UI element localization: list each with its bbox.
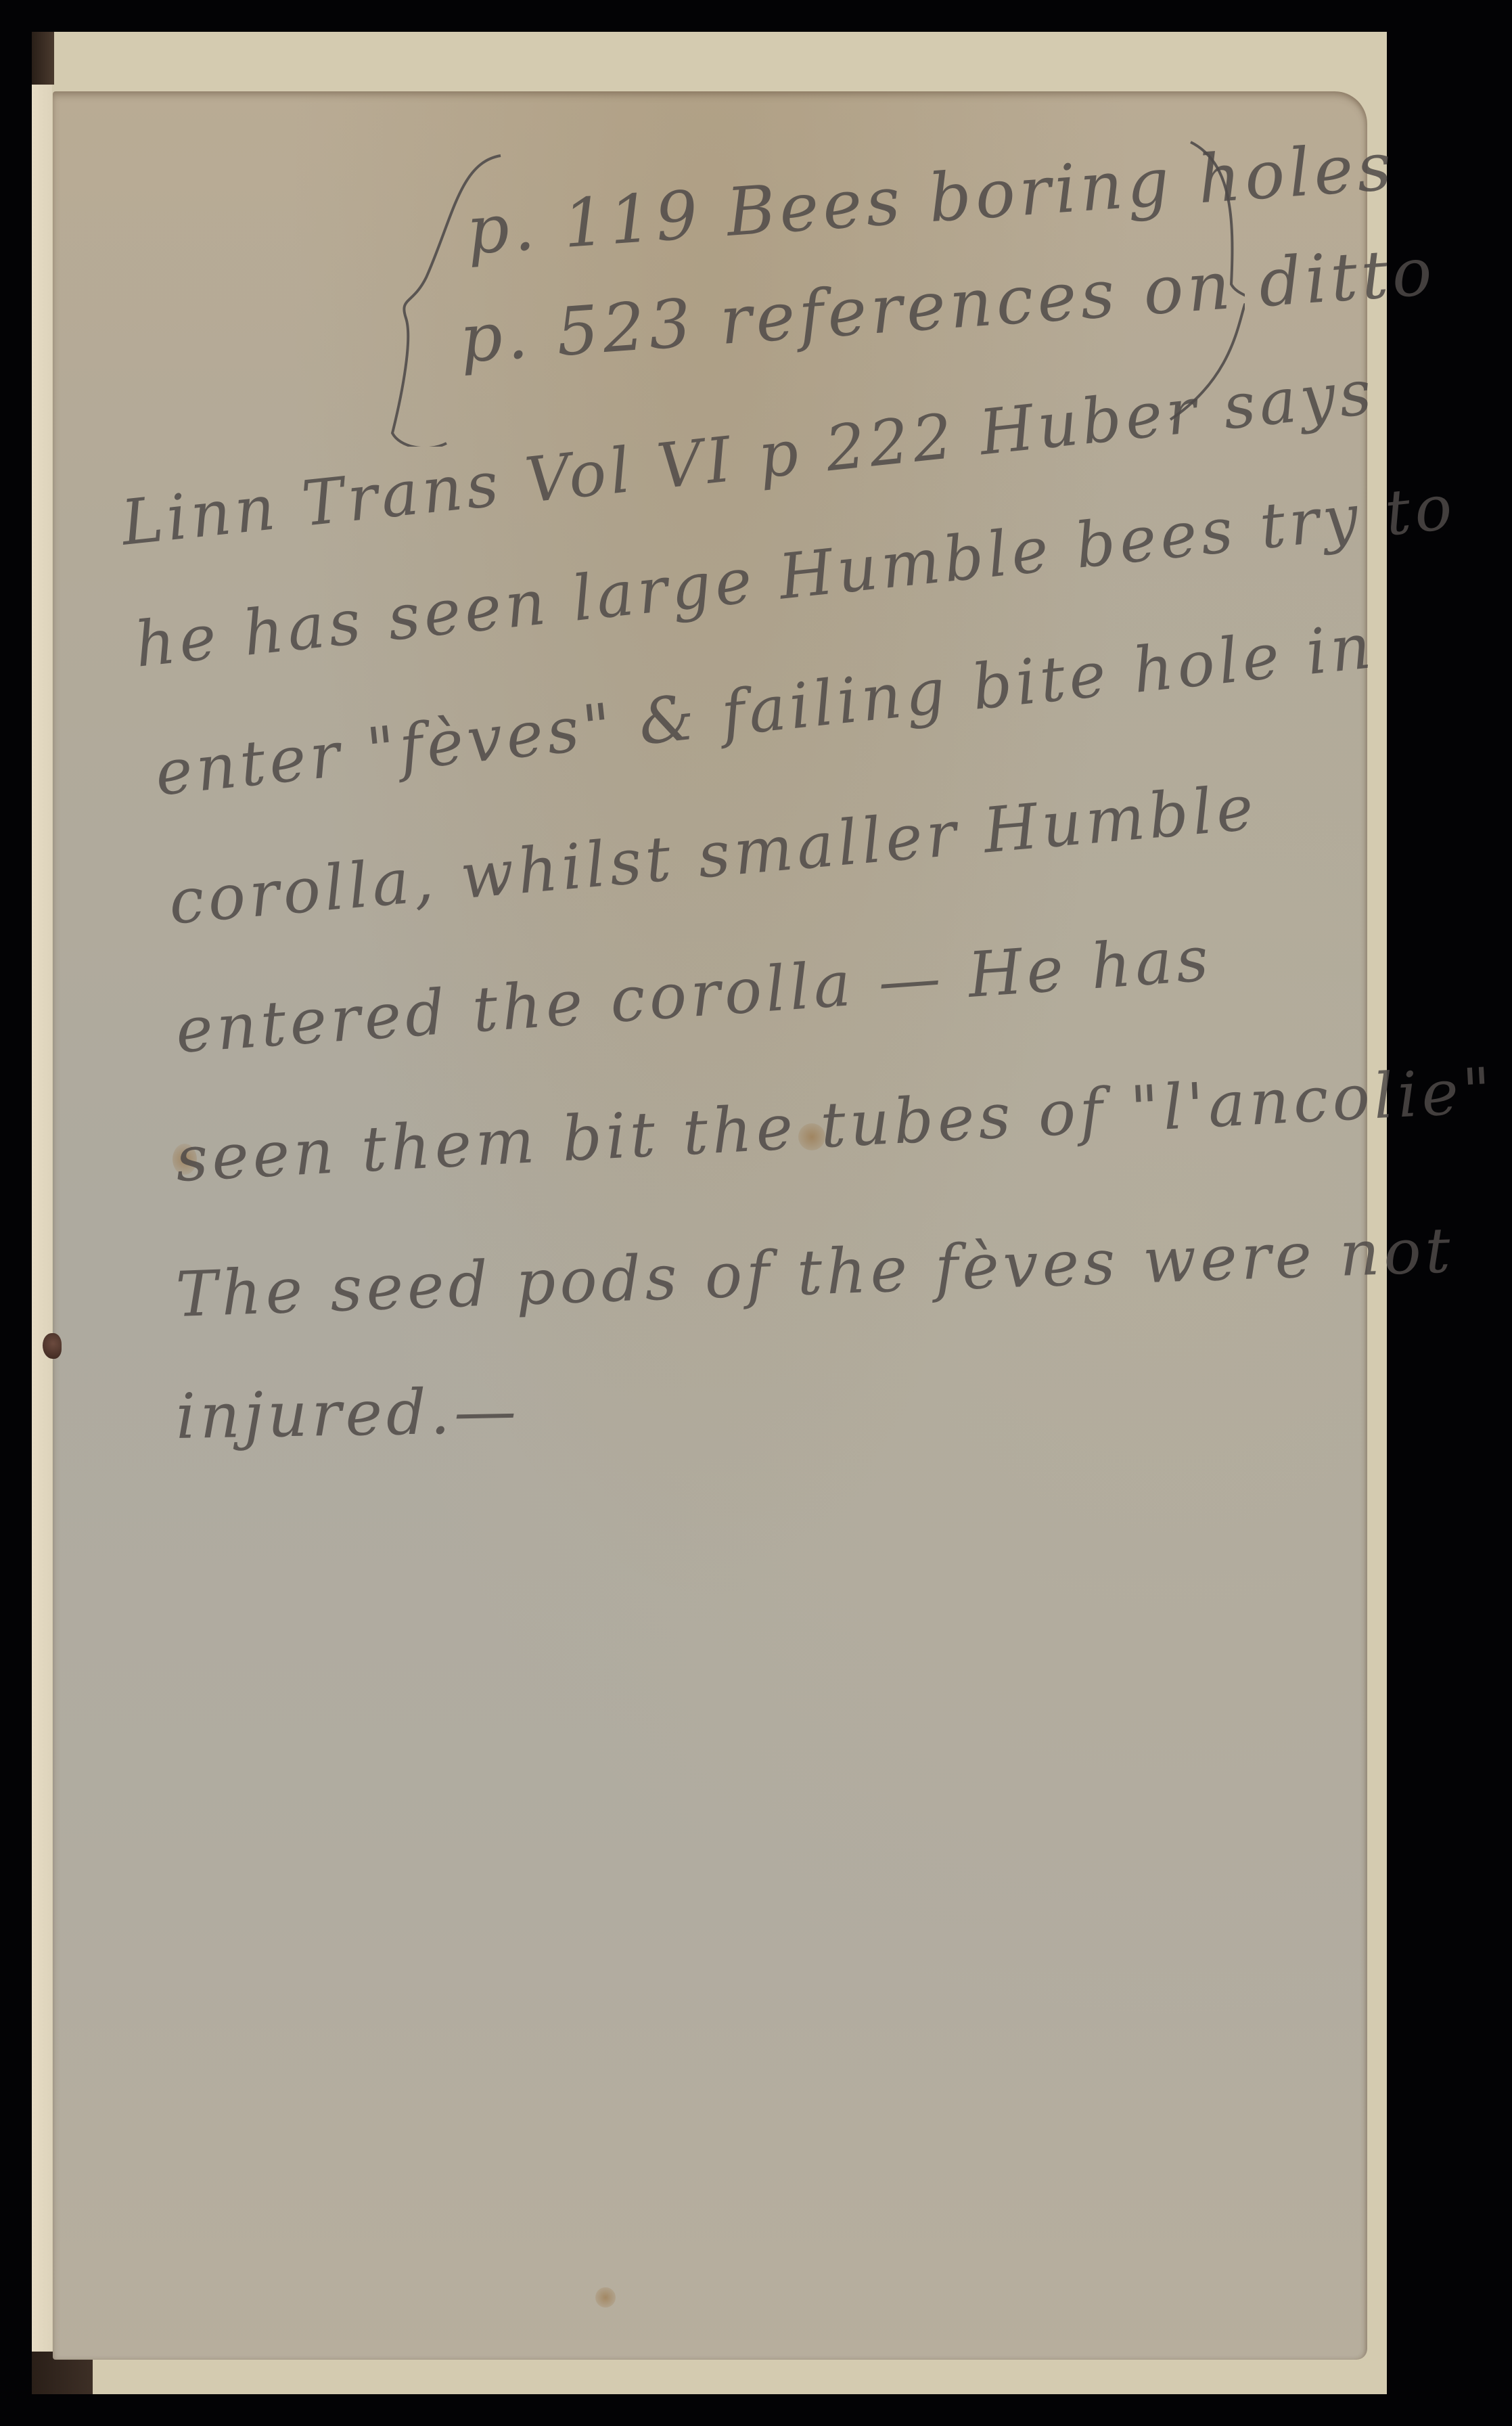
paper-damage-hole (43, 1333, 62, 1359)
foxing-stain (595, 2287, 616, 2308)
body-line: injured.— (175, 1374, 521, 1453)
binding-spine-top (32, 32, 54, 85)
binding-spine-edge (32, 85, 52, 2352)
